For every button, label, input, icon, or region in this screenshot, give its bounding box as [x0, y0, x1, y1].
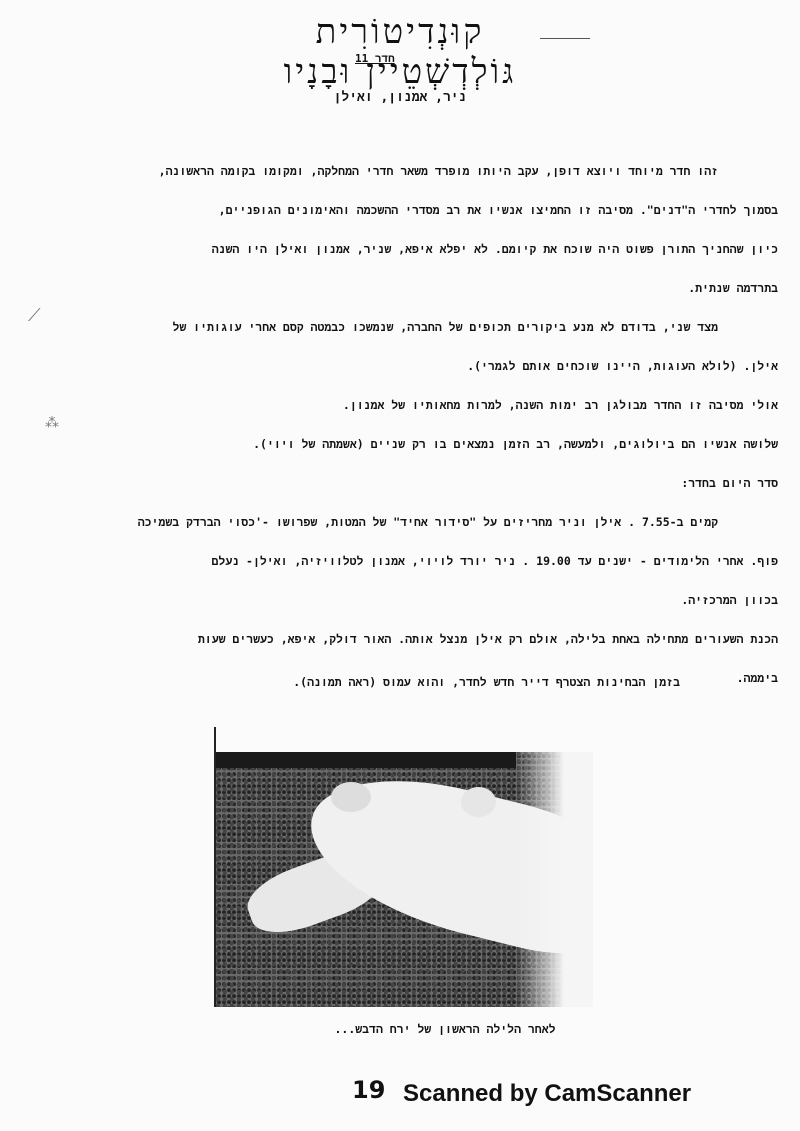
paragraph-line: אילן. (לולא העוגות, היינו שוכחים אותם לג…	[60, 347, 778, 386]
photo-highlight	[516, 752, 593, 1007]
photo-figure-head	[461, 787, 496, 817]
paragraph-line: שלושה אנשיו הם ביולוגים, ולמעשה, רב הזמן…	[60, 425, 778, 464]
scanned-page: קוּנְדִיטוֹרִית גּוֹלְדְשְׁטֵיין וּבָנָי…	[0, 0, 800, 1131]
room-label: חדר 11	[355, 52, 395, 66]
ink-speck: ⟋	[28, 305, 41, 326]
paragraph-line: פוף. אחרי הלימודים - ישנים עד 19.00 . ני…	[60, 542, 778, 581]
paragraph-line: הכנת השעורים מתחילה באחת בלילה, אולם רק …	[60, 620, 778, 659]
body-text: זהו חדר מיוחד ויוצא דופן, עקב היותו מופר…	[60, 152, 778, 698]
paragraph-line: אולי מסיבה זו החדר מבולגן רב ימות השנה, …	[60, 386, 778, 425]
photo-caption: לאחר הלילה הראשון של ירח הדבש...	[310, 1022, 580, 1037]
paragraph-line: כיון שהחניך התורן פשוט היה שוכח את קיומם…	[60, 230, 778, 269]
paragraph-line: בכוון המרכזיה.	[60, 581, 778, 620]
paragraph-line: קמים ב-7.55 . אילן וניר מחריזים על "סידו…	[60, 503, 778, 542]
photo	[216, 752, 593, 1007]
paragraph-line: בתרדמה שנתית.	[60, 269, 778, 308]
paragraph-line: מצד שני, בדודם לא מנע ביקורים תכופים של …	[60, 308, 778, 347]
page-number: 19	[352, 1076, 385, 1104]
paragraph-line: זהו חדר מיוחד ויוצא דופן, עקב היותו מופר…	[60, 152, 778, 191]
residents-line: ניר, אמנון, ואילן	[310, 90, 490, 105]
document-title: קוּנְדִיטוֹרִית גּוֹלְדְשְׁטֵיין וּבָנָי…	[250, 12, 550, 92]
photo-dark-band	[216, 752, 516, 768]
title-underline	[540, 38, 590, 39]
ink-speck: ⁂	[45, 415, 59, 431]
scanner-watermark: Scanned by CamScanner	[403, 1080, 691, 1108]
paragraph-line: סדר היום בחדר:	[60, 464, 778, 503]
paragraph-line: בסמוך לחדרי ה"דנים". מסיבה זו החמיצו אנש…	[60, 191, 778, 230]
photo-intro: בזמן הבחינות הצטרף דייר חדש לחדר, והוא ע…	[240, 675, 680, 690]
photo-figure-head	[331, 782, 371, 812]
